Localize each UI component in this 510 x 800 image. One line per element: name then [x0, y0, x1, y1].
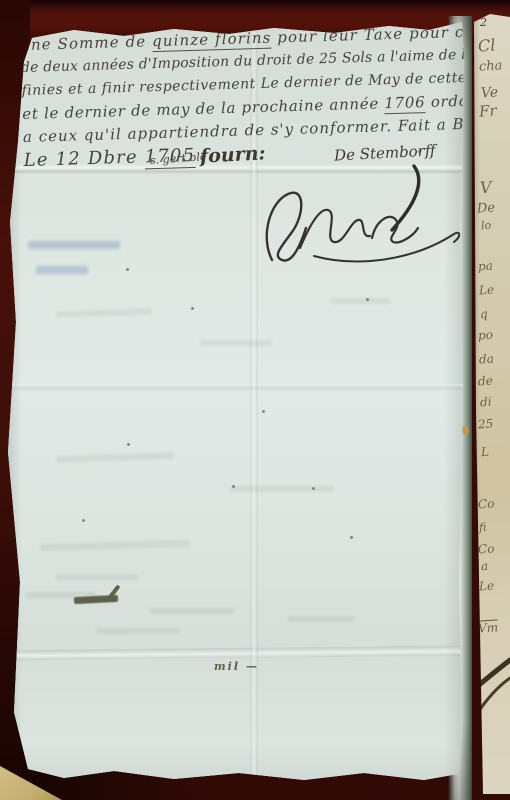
adjacent-text-fragment: 25 [478, 417, 494, 430]
paper-speck [126, 268, 129, 271]
showthrough-mark [56, 574, 138, 580]
adjacent-text-fragment: Le [479, 579, 495, 592]
fold-crease [4, 384, 470, 391]
bleedthrough-text [36, 266, 88, 274]
adjacent-text-fragment: a [481, 560, 489, 572]
showthrough-mark [230, 486, 334, 492]
paper-speck [262, 410, 265, 413]
adjacent-text-fragment: da [479, 352, 495, 365]
paper-speck [191, 307, 194, 310]
adjacent-text-fragment: Fr [478, 103, 497, 119]
paper-speck [127, 443, 130, 446]
adjacent-text-fragment: L [481, 446, 490, 459]
showthrough-mark [150, 608, 234, 614]
fold-crease [4, 646, 470, 661]
showthrough-mark [330, 298, 390, 304]
adjacent-text-fragment: fi [479, 522, 487, 533]
manuscript-text: une Somme de quinze florins pour leur Ta… [20, 21, 464, 172]
showthrough-mark [288, 616, 354, 622]
bottom-smudge: mil — [214, 660, 259, 673]
main-signature-flourish-icon [254, 164, 469, 289]
showthrough-mark [200, 340, 272, 346]
document-page: = une Somme de quinze florins pour leur … [4, 22, 470, 790]
showthrough-mark [40, 540, 190, 551]
paper-speck [350, 536, 353, 539]
underlined-text: 1706 [384, 93, 426, 114]
adjacent-text-fragment: V [479, 180, 492, 197]
showthrough-mark [56, 308, 152, 317]
adjacent-text-fragment: Ve [481, 85, 499, 100]
paper-speck [232, 485, 235, 488]
showthrough-mark [56, 452, 174, 463]
paper-speck [366, 298, 369, 301]
adjacent-text-fragment: di [480, 396, 492, 409]
paper-speck [82, 519, 85, 522]
adjacent-text-fragment: de [478, 374, 494, 387]
adjacent-text-fragment: lo [481, 220, 492, 232]
underlined-text: 1705 [144, 145, 195, 169]
adjacent-text-fragment: Le [479, 283, 495, 296]
adjacent-text-fragment: Co [478, 542, 495, 555]
adjacent-text-fragment: po [478, 328, 494, 341]
adjacent-text-fragment: pa [478, 259, 494, 272]
paper-speck [312, 487, 315, 490]
gutter-stain [462, 426, 469, 435]
adjacent-text-fragment: q [480, 308, 489, 321]
bleedthrough-text [28, 241, 120, 249]
line-text: Le 12 Dbre [23, 146, 145, 171]
adjacent-text-fragment: De [477, 201, 496, 215]
adjacent-text-fragment: cha [479, 59, 503, 74]
adjacent-text-fragment: Vm [478, 619, 499, 634]
showthrough-mark [96, 628, 180, 634]
photo-scene: 2 Cl cha Ve Fr V De lo pa Le q po da de … [0, 0, 510, 800]
paper-speck [418, 150, 421, 153]
adjacent-text-fragment: Co [478, 497, 495, 510]
adjacent-text-fragment: Cl [477, 37, 495, 54]
